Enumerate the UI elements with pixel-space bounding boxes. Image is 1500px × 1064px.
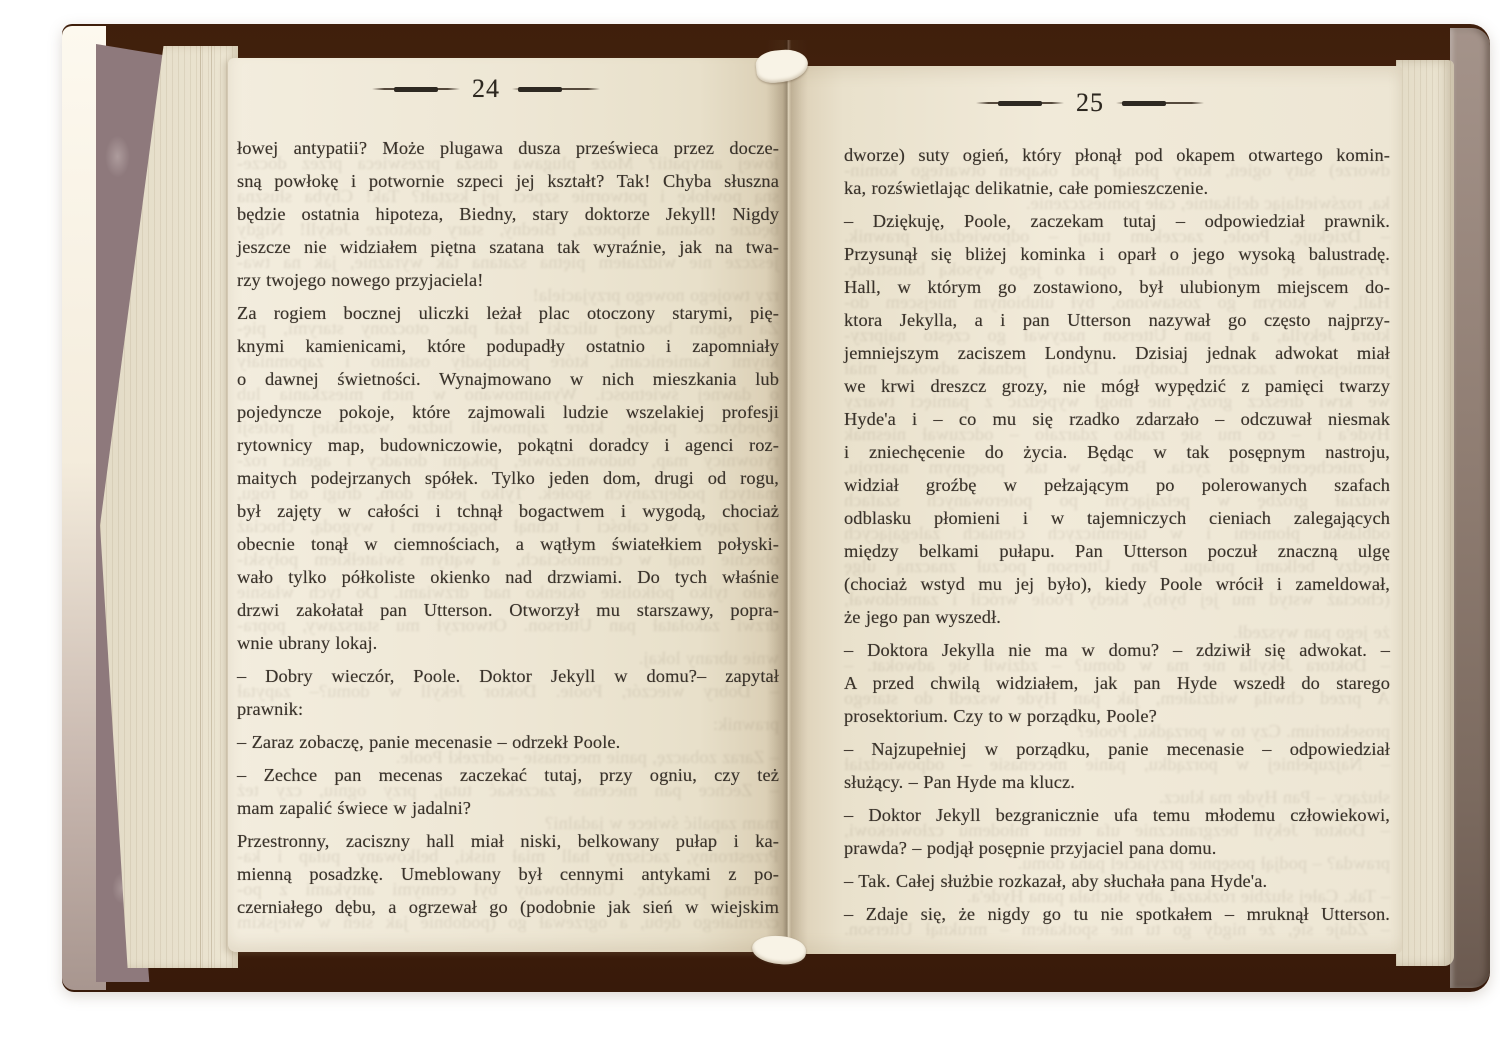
text-line: – Zdaje się, że nigdy go tu nie spotkałe… [844,898,1390,931]
text-line: służący. – Pan Hyde ma klucz. [844,766,1390,799]
text-line: – Zaraz zobaczę, panie mecenasie – odrze… [237,726,779,759]
swelled-rule-icon [1116,100,1204,107]
text-line: Przysunął się bliżej kominka i oparł o j… [844,238,1390,271]
text-line: we krwi dreszcz grozy, nie mógł wypędzić… [844,370,1390,403]
text-line: będzie ostatnia hipoteza, Biedny, stary … [237,198,779,231]
text-line: między belkami pułapu. Pan Utterson pocz… [844,535,1390,568]
text-line: knymi kamienicami, które podupadły ostat… [237,330,779,363]
swelled-rule-icon [976,100,1064,107]
text-line: ktora Jekylla, a i pan Utterson nazywał … [844,304,1390,337]
text-line: maitych podejrzanych spółek. Tylko jeden… [237,462,779,495]
book-photo: 24 łowej antypatii? Może plugawa dusza p… [0,0,1500,1064]
text-line: dworze) suty ogień, który płonął pod oka… [844,139,1390,172]
text-line: obecnie tonął w ciemnościach, a wątłym ś… [237,528,779,561]
text-line: prosektorium. Czy to w porządku, Poole? [844,700,1390,733]
text-line: wnie ubrany lokaj. [237,627,779,660]
text-line: mam zapalić świece w jadalni? [237,792,779,825]
text-line: jemniejszym zaciszem Londynu. Dzisiaj je… [844,337,1390,370]
text-line: Za rogiem bocznej uliczki leżał plac oto… [237,297,779,330]
text-line: – Dziękuję, Poole, zaczekam tutaj – odpo… [844,205,1390,238]
page-24: 24 łowej antypatii? Może plugawa dusza p… [228,58,788,952]
text-line: czerniałego dębu, a ogrzewał go (podobni… [237,891,779,924]
text-line: był zajęty w całości i tchnął bogactwem … [237,495,779,528]
text-line: drzwi zakołatał pan Utterson. Otworzył m… [237,594,779,627]
text-line: łowej antypatii? Może plugawa dusza prze… [237,132,779,165]
page-25-text-block: dworze) suty ogień, który płonął pod oka… [844,139,1390,931]
page-stack-right [1396,60,1454,966]
text-line: widział groźbę w pełzającym po polerowan… [844,469,1390,502]
text-line: – Tak. Całej służbie rozkazał, aby słuch… [844,865,1390,898]
text-line: Hall, w którym go zostawiono, był ulubio… [844,271,1390,304]
text-line: wało tylko półkoliste okienko nad drzwia… [237,561,779,594]
page-24-text-block: łowej antypatii? Może plugawa dusza prze… [237,132,779,924]
text-line: odblasku płomieni i w tajemniczych cieni… [844,502,1390,535]
swelled-rule-icon [512,86,600,93]
swelled-rule-icon [372,86,460,93]
text-line: mienną posadzkę. Umeblowany był cennymi … [237,858,779,891]
text-line: sną powłokę i potwornie szpeci jej kszta… [237,165,779,198]
text-line: – Doktora Jekylla nie ma w domu? – zdziw… [844,634,1390,667]
text-line: Hyde'a i – co mu się rzadko zdarzało – o… [844,403,1390,436]
text-line: – Zechce pan mecenas zaczekać tutaj, prz… [237,759,779,792]
cover-right-edge [1450,28,1490,988]
text-line: i zniechęcenie do życia. Będąc w tak pos… [844,436,1390,469]
page-25: 25 dworze) suty ogień, który płonął pod … [788,66,1402,954]
text-line: rzy twojego nowego przyjaciela! [237,264,779,297]
text-line: ka, rozświetlając delikatnie, całe pomie… [844,172,1390,205]
text-line: – Dobry wieczór, Poole. Doktor Jekyll w … [237,660,779,693]
text-line: – Doktor Jekyll bezgranicznie ufa temu m… [844,799,1390,832]
page-number-24: 24 [472,76,500,102]
text-line: rytownicy map, budowniczowie, pokątni do… [237,429,779,462]
text-line: o dawnej świetności. Wynajmowano w nich … [237,363,779,396]
page-header-24: 24 [216,76,756,102]
text-line: pojedyncze pokoje, które zajmowali ludzi… [237,396,779,429]
text-line: jeszcze nie widziałem piętna szatana tak… [237,231,779,264]
page-number-25: 25 [1076,90,1104,116]
text-line: Przestronny, zaciszny hall miał niski, b… [237,825,779,858]
text-line: prawnik: [237,693,779,726]
text-line: że jego pan wyszedł. [844,601,1390,634]
text-line: – Najzupełniej w porządku, panie mecenas… [844,733,1390,766]
text-line: A przed chwilą widziałem, jak pan Hyde w… [844,667,1390,700]
text-line: (chociaż wstyd mu jej było), kiedy Poole… [844,568,1390,601]
text-line: prawda? – podjął posępnie przyjaciel pan… [844,832,1390,865]
gutter-shadow [766,40,808,960]
page-header-25: 25 [820,90,1360,116]
